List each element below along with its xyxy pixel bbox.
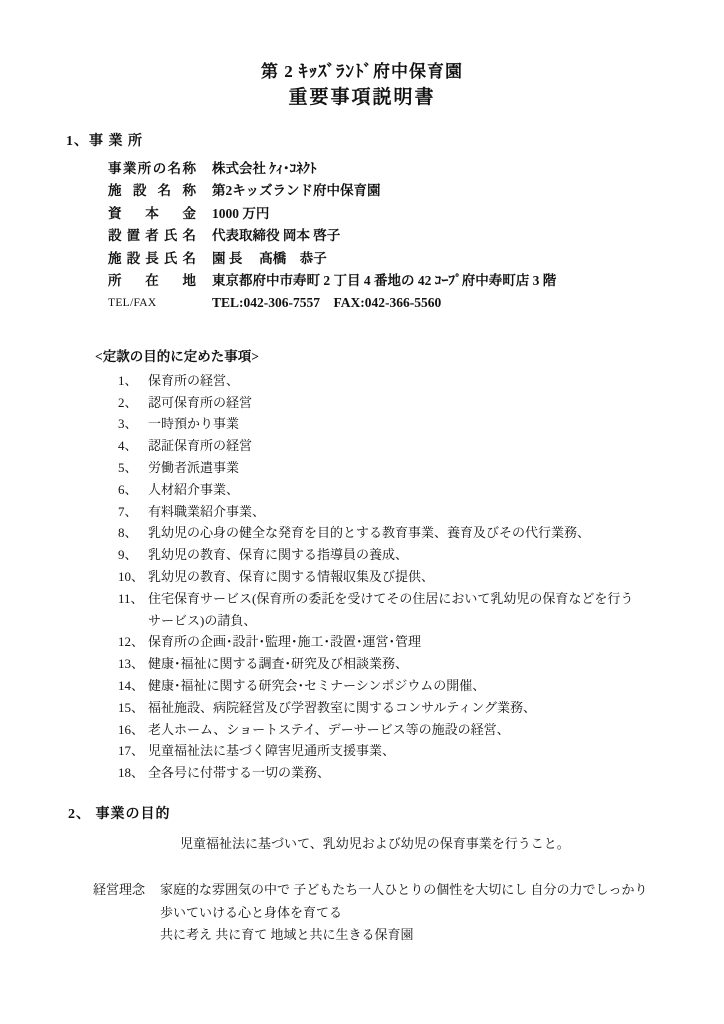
philosophy-line: 共に考え 共に育て 地域と共に生きる保育園 — [160, 924, 648, 947]
philosophy-lines: 家庭的な雰囲気の中で 子どもたち一人ひとりの個性を大切にし 自分の力でしっかり … — [160, 879, 648, 947]
list-item: 7、有料職業紹介事業、 — [118, 501, 724, 523]
section2-heading: 2、 事業の目的 — [68, 805, 724, 825]
item-number: 4、 — [118, 435, 148, 457]
item-text: 児童福祉法に基づく障害児通所支援事業、 — [148, 743, 395, 758]
list-item: 8、乳幼児の心身の健全な発育を目的とする教育事業、養育及びその代行業務、 — [118, 522, 724, 544]
field-value: 第2キッズランド府中保育園 — [212, 183, 380, 198]
management-philosophy: 経営理念 家庭的な雰囲気の中で 子どもたち一人ひとりの個性を大切にし 自分の力で… — [93, 879, 724, 947]
item-number: 6、 — [118, 479, 148, 501]
philosophy-line: 家庭的な雰囲気の中で 子どもたち一人ひとりの個性を大切にし 自分の力でしっかり — [160, 879, 648, 902]
field-value: 代表取締役 岡本 啓子 — [212, 228, 340, 243]
item-text: 認可保育所の経営 — [148, 395, 252, 410]
field-label: 設置者氏名 — [108, 225, 196, 247]
field-row-founder: 設置者氏名代表取締役 岡本 啓子 — [108, 225, 724, 247]
item-number: 9、 — [118, 544, 148, 566]
item-number: 15、 — [118, 697, 148, 719]
item-text: 乳幼児の教育、保育に関する情報収集及び提供、 — [148, 569, 434, 584]
item-text: 労働者派遣事業 — [148, 460, 239, 475]
item-number: 17、 — [118, 740, 148, 762]
item-number: 3、 — [118, 413, 148, 435]
field-value: 東京都府中市寿町 2 丁目 4 番地の 42 ｺｰﾌﾟ府中寿町店 3 階 — [212, 273, 556, 288]
item-text: 全各号に付帯する一切の業務、 — [148, 765, 330, 780]
section1-heading: 1、事 業 所 — [66, 132, 724, 152]
list-item: 11、住宅保育サービス(保育所の委託を受けてその住居において乳幼児の保育などを行… — [118, 588, 724, 610]
item-text: 保育所の企画･設計･監理･施工･設置･運営･管理 — [148, 634, 421, 649]
item-number: 13、 — [118, 653, 148, 675]
list-item: 3、一時預かり事業 — [118, 413, 724, 435]
item-number: 11、 — [118, 588, 148, 610]
field-label: 資本金 — [108, 203, 196, 225]
item-number: 8、 — [118, 522, 148, 544]
field-row-tel-fax: TEL/FAXTEL:042-306-7557 FAX:042-366-5560 — [108, 292, 724, 314]
item-text: 一時預かり事業 — [148, 416, 239, 431]
field-row-director: 施設長氏名園 長 髙橋 恭子 — [108, 248, 724, 270]
field-row-facility-name: 施設名称第2キッズランド府中保育園 — [108, 180, 724, 202]
list-item-continuation: サービス)の請負、 — [148, 610, 724, 632]
item-text: 保育所の経営、 — [148, 373, 239, 388]
item-number: 7、 — [118, 501, 148, 523]
list-item: 17、児童福祉法に基づく障害児通所支援事業、 — [118, 740, 724, 762]
item-text: 有料職業紹介事業、 — [148, 504, 265, 519]
list-item: 2、認可保育所の経営 — [118, 392, 724, 414]
list-item: 1、保育所の経営、 — [118, 370, 724, 392]
list-item: 10、乳幼児の教育、保育に関する情報収集及び提供、 — [118, 566, 724, 588]
item-text: 健康･福祉に関する研究会･セミナーシンポジウムの開催、 — [148, 678, 485, 693]
list-item: 13、健康･福祉に関する調査･研究及び相談業務、 — [118, 653, 724, 675]
field-value: 園 長 髙橋 恭子 — [212, 251, 327, 266]
business-purpose-text: 児童福祉法に基づいて、乳幼児および幼児の保育事業を行うこと。 — [180, 833, 724, 855]
field-label: 施設名称 — [108, 180, 196, 202]
item-number: 2、 — [118, 392, 148, 414]
philosophy-label: 経営理念 — [93, 879, 145, 947]
list-item: 18、全各号に付帯する一切の業務、 — [118, 762, 724, 784]
document-page: 第 2 ｷｯｽﾞﾗﾝﾄﾞ府中保育園 重要事項説明書 1、事 業 所 事業所の名称… — [0, 0, 724, 1024]
field-row-capital: 資本金1000 万円 — [108, 203, 724, 225]
item-number: 1、 — [118, 370, 148, 392]
item-number: 12、 — [118, 631, 148, 653]
item-text: 乳幼児の心身の健全な発育を目的とする教育事業、養育及びその代行業務、 — [148, 525, 590, 540]
field-row-address: 所在地東京都府中市寿町 2 丁目 4 番地の 42 ｺｰﾌﾟ府中寿町店 3 階 — [108, 270, 724, 292]
item-text: 老人ホーム、ショートステイ、デーサービス等の施設の経営、 — [148, 722, 510, 737]
field-row-office-name: 事業所の名称株式会社 ｹｨ･ｺﾈｸﾄ — [108, 158, 724, 180]
field-label: 施設長氏名 — [108, 248, 196, 270]
title-block: 第 2 ｷｯｽﾞﾗﾝﾄﾞ府中保育園 重要事項説明書 — [0, 0, 724, 111]
list-item: 15、福祉施設、病院経営及び学習教室に関するコンサルティング業務、 — [118, 697, 724, 719]
list-item: 16、老人ホーム、ショートステイ、デーサービス等の施設の経営、 — [118, 719, 724, 741]
list-item: 9、乳幼児の教育、保育に関する指導員の養成、 — [118, 544, 724, 566]
list-item: 4、認証保育所の経営 — [118, 435, 724, 457]
item-text: 福祉施設、病院経営及び学習教室に関するコンサルティング業務、 — [148, 700, 536, 715]
item-number: 18、 — [118, 762, 148, 784]
item-text: 乳幼児の教育、保育に関する指導員の養成、 — [148, 547, 408, 562]
philosophy-line: 歩いていける心と身体を育てる — [160, 902, 648, 925]
item-number: 14、 — [118, 675, 148, 697]
item-number: 10、 — [118, 566, 148, 588]
field-label: TEL/FAX — [108, 292, 196, 314]
item-number: 5、 — [118, 457, 148, 479]
item-text: 認証保育所の経営 — [148, 438, 252, 453]
articles-list: 1、保育所の経営、 2、認可保育所の経営 3、一時預かり事業 4、認証保育所の経… — [118, 370, 724, 784]
field-label: 事業所の名称 — [108, 158, 196, 180]
field-value: TEL:042-306-7557 FAX:042-366-5560 — [212, 295, 441, 310]
item-text: 健康･福祉に関する調査･研究及び相談業務、 — [148, 656, 408, 671]
item-text: 人材紹介事業、 — [148, 482, 239, 497]
doc-subtitle: 重要事項説明書 — [0, 84, 724, 111]
business-info-fields: 事業所の名称株式会社 ｹｨ･ｺﾈｸﾄ 施設名称第2キッズランド府中保育園 資本金… — [108, 158, 724, 315]
doc-title: 第 2 ｷｯｽﾞﾗﾝﾄﾞ府中保育園 — [0, 60, 724, 84]
field-value: 株式会社 ｹｨ･ｺﾈｸﾄ — [212, 161, 317, 176]
item-number: 16、 — [118, 719, 148, 741]
list-item: 12、保育所の企画･設計･監理･施工･設置･運営･管理 — [118, 631, 724, 653]
list-item: 5、労働者派遣事業 — [118, 457, 724, 479]
list-item: 14、健康･福祉に関する研究会･セミナーシンポジウムの開催、 — [118, 675, 724, 697]
item-text: 住宅保育サービス(保育所の委託を受けてその住居において乳幼児の保育などを行う — [148, 591, 633, 606]
articles-heading: <定款の目的に定めた事項> — [95, 347, 724, 367]
field-label: 所在地 — [108, 270, 196, 292]
list-item: 6、人材紹介事業、 — [118, 479, 724, 501]
field-value: 1000 万円 — [212, 206, 269, 221]
